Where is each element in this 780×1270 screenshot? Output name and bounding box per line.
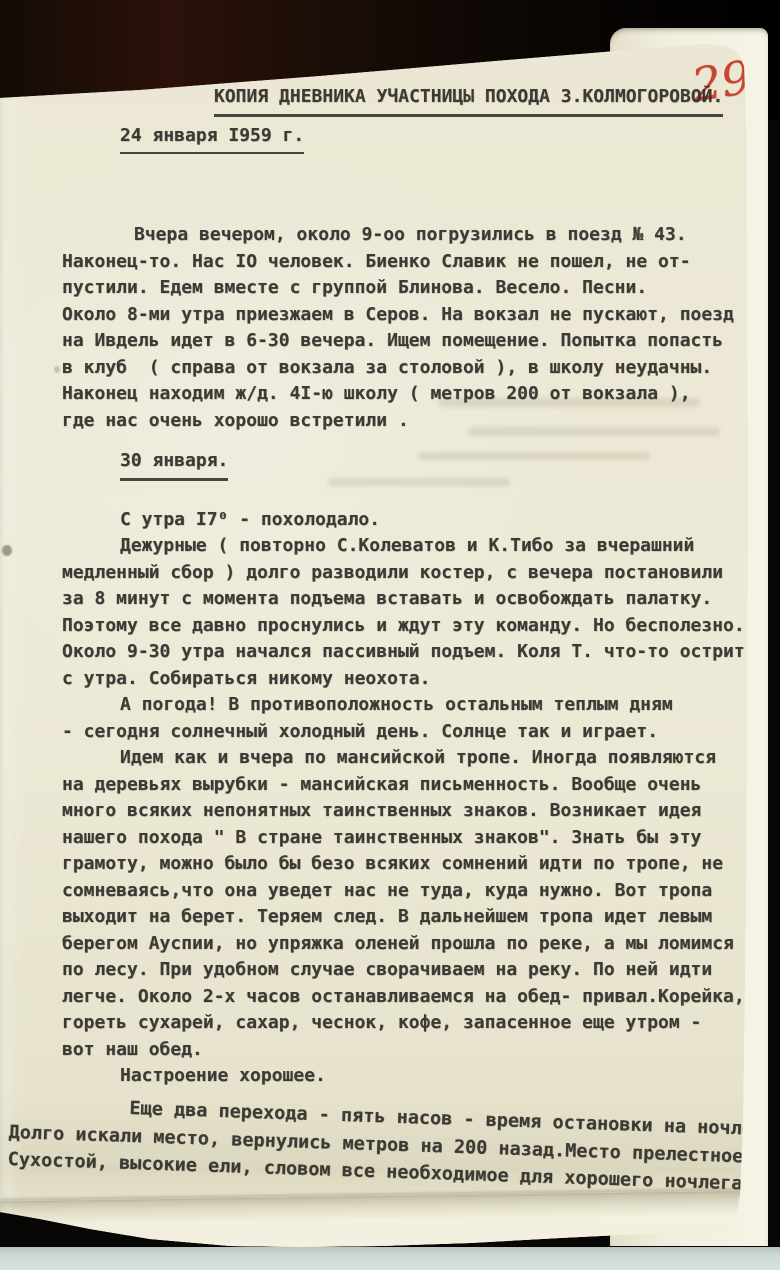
diary-line: Поэтому все давно проснулись и ждут эту … — [62, 613, 762, 640]
diary-line: на Ивдель идет в 6-30 вечера. Ищем помещ… — [62, 328, 762, 355]
diary-line: в клуб ( справа от вокзала за столовой )… — [62, 355, 762, 382]
diary-page: 29 КОПИЯ ДНЕВНИКА УЧАСТНИЦЫ ПОХОДА З.КОЛ… — [0, 0, 780, 1270]
diary-line: Дежурные ( повторно С.Колеватов и К.Тибо… — [62, 533, 762, 560]
diary-line: нашего похода " В стране таинственных зн… — [62, 825, 762, 852]
entry-jan30-closing-paragraph: Еще два перехода - пять насов - время ос… — [7, 1091, 761, 1198]
entry-date-jan24: 24 января I959 г. — [62, 123, 762, 155]
diary-line: на деревьях вырубки - мансийская письмен… — [62, 772, 762, 799]
diary-line: сомневаясь,что она уведет нас не туда, к… — [62, 878, 762, 905]
diary-line: - сегодня солнечный холодный день. Солнц… — [62, 719, 762, 746]
diary-line: вот наш обед. — [62, 1037, 762, 1064]
diary-line: С утра I7⁰ - похолодало. — [62, 507, 762, 534]
entry-date-jan30: 30 января. — [62, 448, 762, 481]
diary-line: Вчера вечером, около 9-оо погрузились в … — [62, 222, 762, 249]
diary-line: Настроение хорошее. — [62, 1063, 762, 1090]
diary-line: легче. Около 2-х часов останавливаемся н… — [62, 984, 762, 1011]
typewritten-text: КОПИЯ ДНЕВНИКА УЧАСТНИЦЫ ПОХОДА З.КОЛМОГ… — [62, 84, 762, 1173]
diary-line: Наконец находим ж/д. 4I-ю школу ( метров… — [62, 381, 762, 408]
diary-line: с утра. Собираться никому неохота. — [62, 666, 762, 693]
diary-line: Идем как и вчера по мансийской тропе. Ин… — [62, 745, 762, 772]
entry-jan30-paragraphs: С утра I7⁰ - похолодало. Дежурные ( повт… — [62, 507, 762, 1090]
entry-jan24-paragraph: Вчера вечером, около 9-оо погрузились в … — [62, 222, 762, 434]
diary-line: медленный сбор ) долго разводили костер,… — [62, 560, 762, 587]
diary-line: за 8 минут с момента подъема вставать и … — [62, 586, 762, 613]
document-title: КОПИЯ ДНЕВНИКА УЧАСТНИЦЫ ПОХОДА З.КОЛМОГ… — [62, 84, 762, 117]
scanned-document: 29 КОПИЯ ДНЕВНИКА УЧАСТНИЦЫ ПОХОДА З.КОЛ… — [0, 0, 780, 1270]
diary-line: выходит на берет. Теряем след. В дальней… — [62, 904, 762, 931]
diary-line: Около 8-ми утра приезжаем в Серов. На во… — [62, 302, 762, 329]
diary-line: где нас очень хорошо встретили . — [62, 408, 762, 435]
diary-line: берегом Ауспии, но упряжка оленей прошла… — [62, 931, 762, 958]
diary-line: по лесу. При удобном случае сворачиваем … — [62, 957, 762, 984]
diary-line: много всяких непонятных таинственных зна… — [62, 798, 762, 825]
diary-line: грамоту, можно было бы безо всяких сомне… — [62, 851, 762, 878]
diary-line: пустили. Едем вместе с группой Блинова. … — [62, 275, 762, 302]
diary-line: А погода! В противоположность остальным … — [62, 692, 762, 719]
diary-line: Около 9-30 утра начался пассивный подъем… — [62, 639, 762, 666]
scanner-bed-strip — [0, 1247, 780, 1270]
paper-speck — [54, 366, 60, 373]
diary-line: гореть сухарей, сахар, чеснок, кофе, зап… — [62, 1010, 762, 1037]
paper-speck — [2, 545, 12, 556]
diary-line: Наконец-то. Нас IО человек. Биенко Слави… — [62, 249, 762, 276]
